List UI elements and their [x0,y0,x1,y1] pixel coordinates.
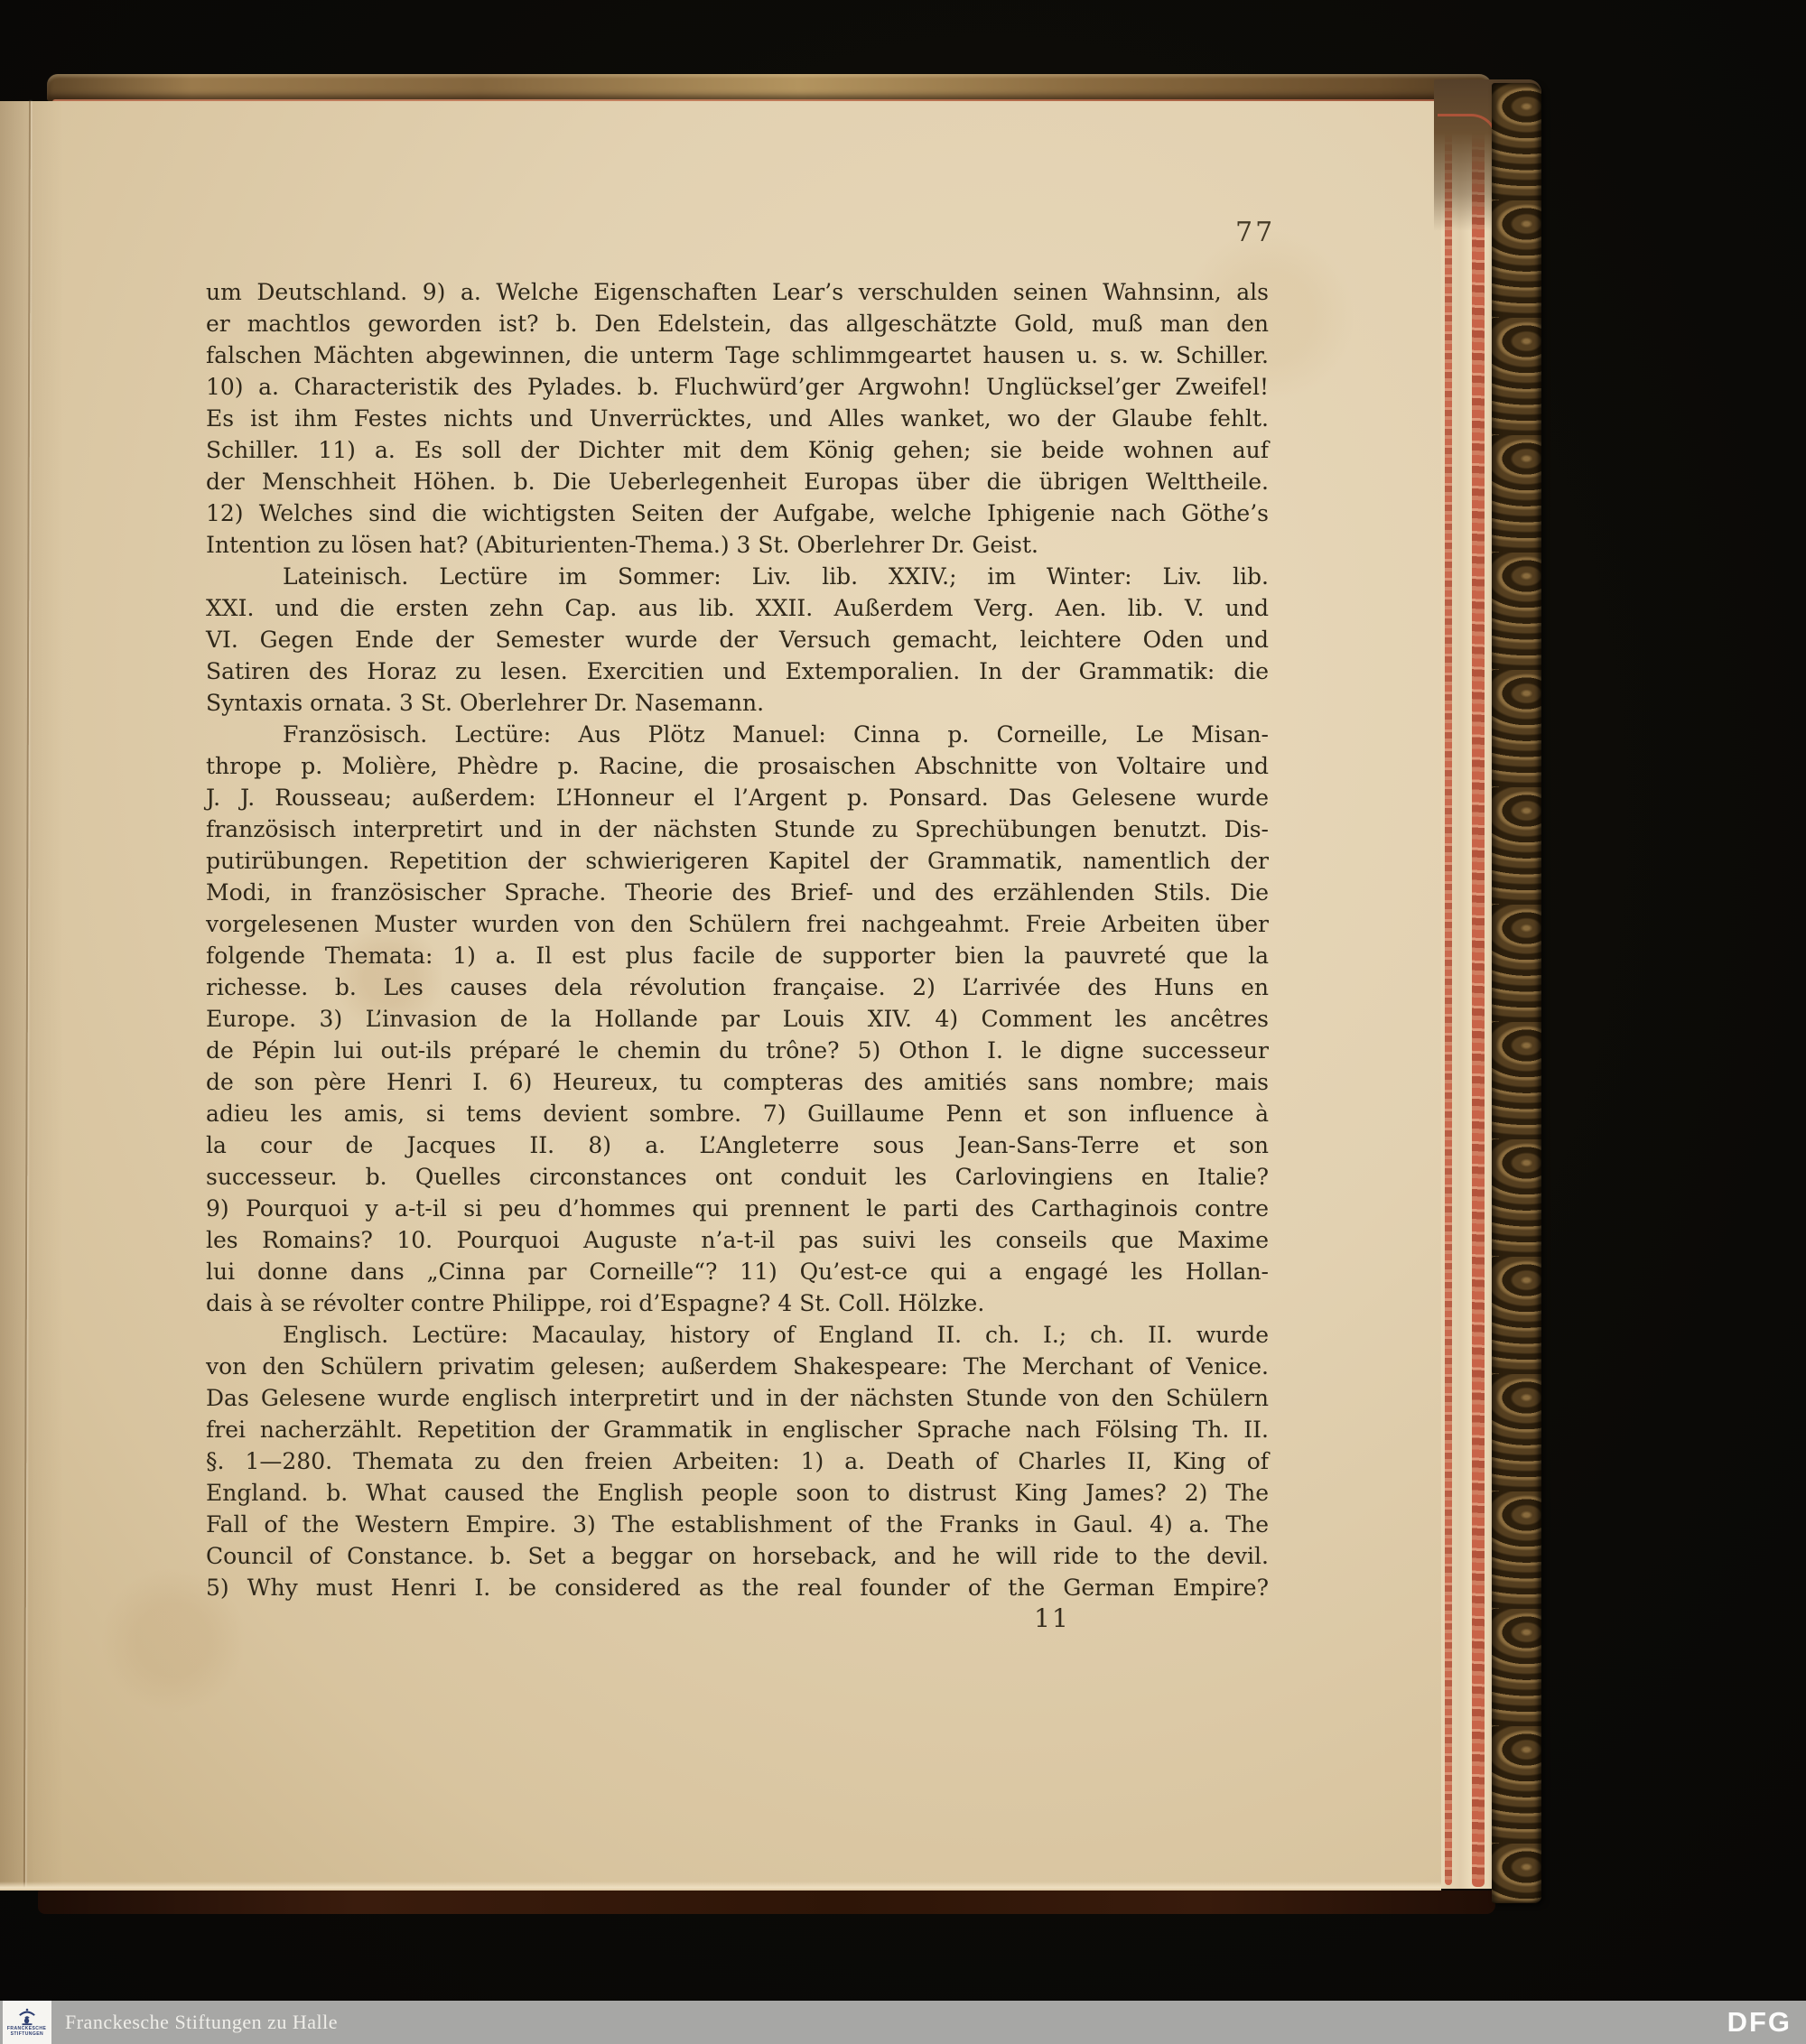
text-line: Fall of the Western Empire. 3) The estab… [206,1509,1269,1540]
text-line: J. J. Rousseau; außerdem: L’Honneur el l… [206,782,1269,813]
text-line: Lateinisch. Lectüre im Sommer: Liv. lib.… [206,561,1269,592]
text-line: lui donne dans „Cinna par Corneille“? 11… [206,1256,1269,1287]
text-line: Englisch. Lectüre: Macaulay, history of … [206,1319,1269,1351]
text-line: adieu les amis, si tems devient sombre. … [206,1098,1269,1129]
text-line: frei nacherzählt. Repetition der Grammat… [206,1414,1269,1445]
text-line: richesse. b. Les causes dela révolution … [206,971,1269,1003]
text-line: Intention zu lösen hat? (Abiturienten-Th… [206,529,1269,561]
text-line: England. b. What caused the English peop… [206,1477,1269,1509]
institution-name: Franckesche Stiftungen zu Halle [65,2011,338,2034]
text-line: de Pépin lui out-ils préparé le chemin d… [206,1035,1269,1066]
signature-mark: 11 [1011,1603,1093,1633]
text-line: §. 1—280. Themata zu den freien Arbeiten… [206,1445,1269,1477]
text-line: Syntaxis ornata. 3 St. Oberlehrer Dr. Na… [206,687,1269,719]
institution-logo-caption-1: FRANCKESCHE [7,2026,46,2031]
text-line: Schiller. 11) a. Es soll der Dichter mit… [206,434,1269,466]
text-line: Modi, in französischer Sprache. Theorie … [206,877,1269,908]
page-bottom-rim [0,1881,1441,1891]
text-line: Es ist ihm Festes nichts und Unverrückte… [206,403,1269,434]
text-line: successeur. b. Quelles circonstances ont… [206,1161,1269,1193]
text-line: les Romains? 10. Pourquoi Auguste n’a-t-… [206,1224,1269,1256]
text-line: Das Gelesene wurde englisch interpretirt… [206,1382,1269,1414]
text-line: der Menschheit Höhen. b. Die Ueberlegenh… [206,466,1269,497]
text-line: Satiren des Horaz zu lesen. Exercitien u… [206,655,1269,687]
text-line: vorgelesenen Muster wurden von den Schül… [206,908,1269,940]
fore-edge-red-sprinkle-2 [1472,94,1485,1887]
text-line: von den Schülern privatim gelesen; außer… [206,1351,1269,1382]
text-line: 12) Welches sind die wichtigsten Seiten … [206,497,1269,529]
text-line: thrope p. Molière, Phèdre p. Racine, die… [206,750,1269,782]
fore-edge-corner-line [1438,114,1498,203]
text-line: 10) a. Characteristik des Pylades. b. Fl… [206,371,1269,403]
text-line: de son père Henri I. 6) Heureux, tu comp… [206,1066,1269,1098]
text-line: la cour de Jacques II. 8) a. L’Angleterr… [206,1129,1269,1161]
text-line: Französisch. Lectüre: Aus Plötz Manuel: … [206,719,1269,750]
text-line: putirübungen. Repetition der schwieriger… [206,845,1269,877]
text-line: falschen Mächten abgewinnen, die unterm … [206,339,1269,371]
page-number: 77 [1235,217,1275,248]
text-line: um Deutschland. 9) a. Welche Eigenschaft… [206,276,1269,308]
text-line: XXI. und die ersten zehn Cap. aus lib. X… [206,592,1269,624]
text-line: folgende Themata: 1) a. Il est plus faci… [206,940,1269,971]
dfg-logo: DFG [1727,2006,1792,2039]
text-line: dais à se révolter contre Philippe, roi … [206,1287,1269,1319]
institution-logo-caption-2: STIFTUNGEN [11,2031,43,2037]
text-line: 5) Why must Henri I. be considered as th… [206,1572,1269,1603]
book-bottom-edge [38,1891,1495,1914]
text-line: Europe. 3) L’invasion de la Hollande par… [206,1003,1269,1035]
footer-bar: FRANCKESCHE STIFTUNGEN Franckesche Stift… [0,2001,1806,2044]
text-line: 9) Pourquoi y a-t-il si peu d’hommes qui… [206,1193,1269,1224]
text-line: er machtlos geworden ist? b. Den Edelste… [206,308,1269,339]
franckesche-emblem-icon [17,2008,37,2026]
marbled-cover-edge [1492,83,1541,1903]
page-text: um Deutschland. 9) a. Welche Eigenschaft… [206,276,1269,1603]
text-line: VI. Gegen Ende der Semester wurde der Ve… [206,624,1269,655]
book-top-edge [47,74,1492,101]
institution-logo: FRANCKESCHE STIFTUNGEN [3,2001,51,2044]
text-line: französisch interpretirt und in der näch… [206,813,1269,845]
gutter-crease [23,101,31,1889]
text-line: Council of Constance. b. Set a beggar on… [206,1540,1269,1572]
fore-edge-red-sprinkle-1 [1445,98,1452,1885]
